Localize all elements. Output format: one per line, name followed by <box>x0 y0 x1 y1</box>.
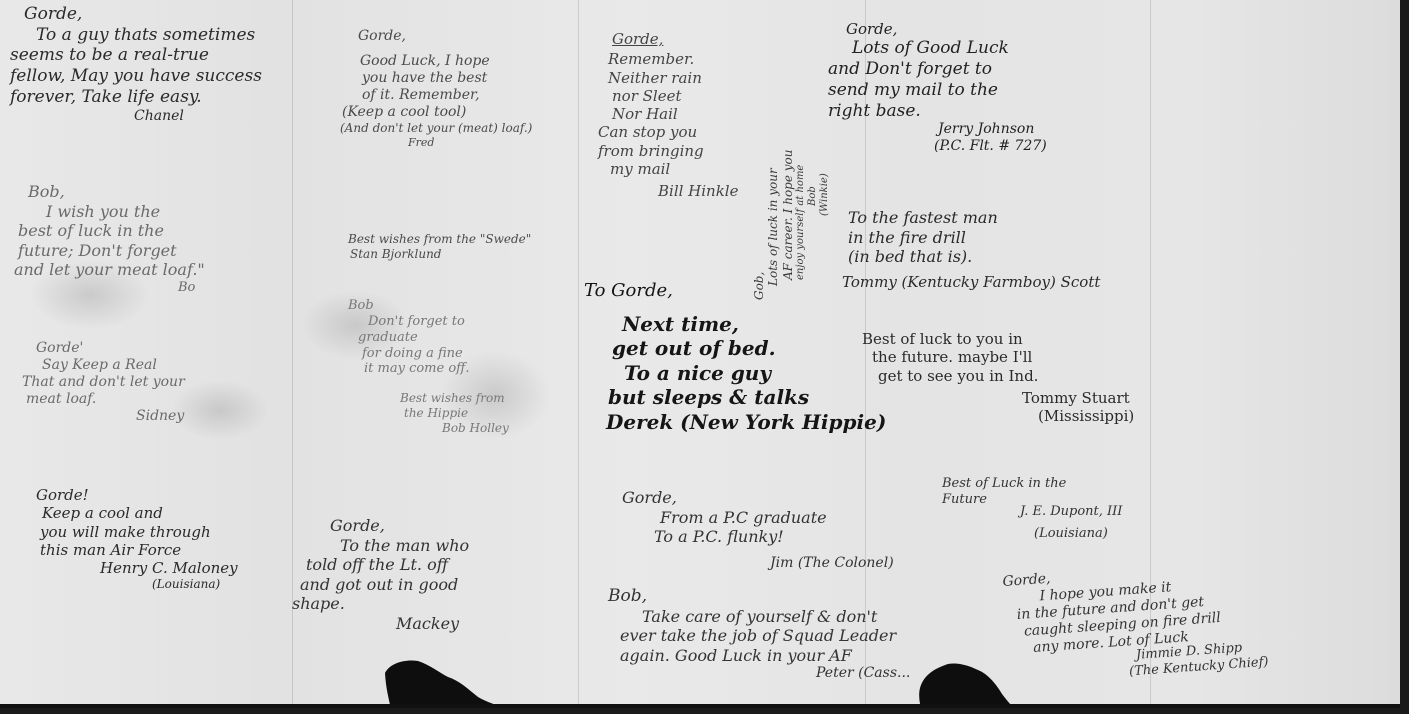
note-salutation: Gorde! <box>36 486 238 504</box>
torn-hole <box>380 655 515 708</box>
note-bill-hinkle: Gorde, Remember. Neither rain nor Sleet … <box>608 30 739 201</box>
note-signature: Peter (Cass... <box>608 665 910 682</box>
note-salutation: Gorde' <box>36 340 185 357</box>
note-signature: Sidney <box>36 408 185 425</box>
note-salutation: To Gorde, <box>584 280 886 302</box>
note-jim-colonel: Gorde, From a P.C graduate To a P.C. flu… <box>622 488 894 572</box>
note-salutation: Bob, <box>28 182 205 202</box>
note-jerry-johnson: Gorde, Lots of Good Luck and Don't forge… <box>838 20 1047 155</box>
note-salutation: Gorde, <box>326 516 469 536</box>
note-fred: Gorde, Good Luck, I hope you have the be… <box>358 28 532 149</box>
paper-edge <box>1400 0 1409 714</box>
note-salutation: Bob, <box>608 586 910 607</box>
note-peter: Bob, Take care of yourself & don't ever … <box>608 586 910 682</box>
note-chanel: Gorde, To a guy thats sometimes seems to… <box>24 4 262 125</box>
note-salutation: Gorde, <box>358 28 532 45</box>
torn-hole <box>918 660 1018 708</box>
note-salutation: Gorde, <box>608 30 739 48</box>
note-origin: (Louisiana) <box>942 526 1122 542</box>
note-origin: (Louisiana) <box>36 577 238 592</box>
note-tommy-kentucky: To the fastest man in the fire drill (in… <box>848 208 1100 291</box>
note-bob-holley: Bob Don't forget to graduate for doing a… <box>348 298 509 435</box>
note-signature: Mackey <box>326 614 469 634</box>
note-salutation: Gorde, <box>622 488 894 508</box>
note-sidney: Gorde' Say Keep a Real That and don't le… <box>36 340 185 425</box>
note-signature: Jerry Johnson <box>838 121 1047 138</box>
note-signature: Stan Bjorklund <box>348 247 531 262</box>
note-winkie-vertical: Gob, Lots of luck in your AF career. I h… <box>752 149 831 300</box>
note-signature: Bo <box>28 280 205 296</box>
note-bob-meatloaf: Bob, I wish you the best of luck in the … <box>28 182 205 295</box>
note-signature: Bob Holley <box>348 421 509 436</box>
note-henry-maloney: Gorde! Keep a cool and you will make thr… <box>36 486 238 592</box>
note-salutation: Gorde, <box>24 4 262 25</box>
note-mackey: Gorde, To the man who told off the Lt. o… <box>326 516 469 633</box>
note-signature: Chanel <box>24 108 262 125</box>
note-dupont: Best of Luck in the Future J. E. Dupont,… <box>942 476 1122 541</box>
autograph-sheet: Gorde, To a guy thats sometimes seems to… <box>0 0 1400 708</box>
note-signature: Fred <box>358 136 532 149</box>
stain <box>170 380 270 440</box>
note-bjorklund: Best wishes from the "Swede" Stan Bjorkl… <box>348 232 531 261</box>
paper-edge <box>0 704 1400 708</box>
note-signature: Bill Hinkle <box>608 182 739 200</box>
note-signature: Derek (New York Hippie) <box>584 410 886 434</box>
note-origin: (P.C. Flt. # 727) <box>838 138 1047 155</box>
note-signature: Jim (The Colonel) <box>622 555 894 572</box>
note-derek: To Gorde, Next time, get out of bed. To … <box>584 280 886 434</box>
note-jimmie-shipp: Gorde, I hope you make it in the future … <box>1002 556 1269 689</box>
note-salutation: Gorde, <box>838 20 1047 38</box>
fold-line <box>578 0 579 708</box>
note-tommy-stuart: Best of luck to you in the future. maybe… <box>862 330 1134 425</box>
note-salutation: Bob <box>348 298 509 314</box>
note-signature: Tommy Stuart <box>862 389 1134 407</box>
note-signature: Henry C. Maloney <box>36 559 238 577</box>
note-origin: (Mississippi) <box>862 407 1134 425</box>
